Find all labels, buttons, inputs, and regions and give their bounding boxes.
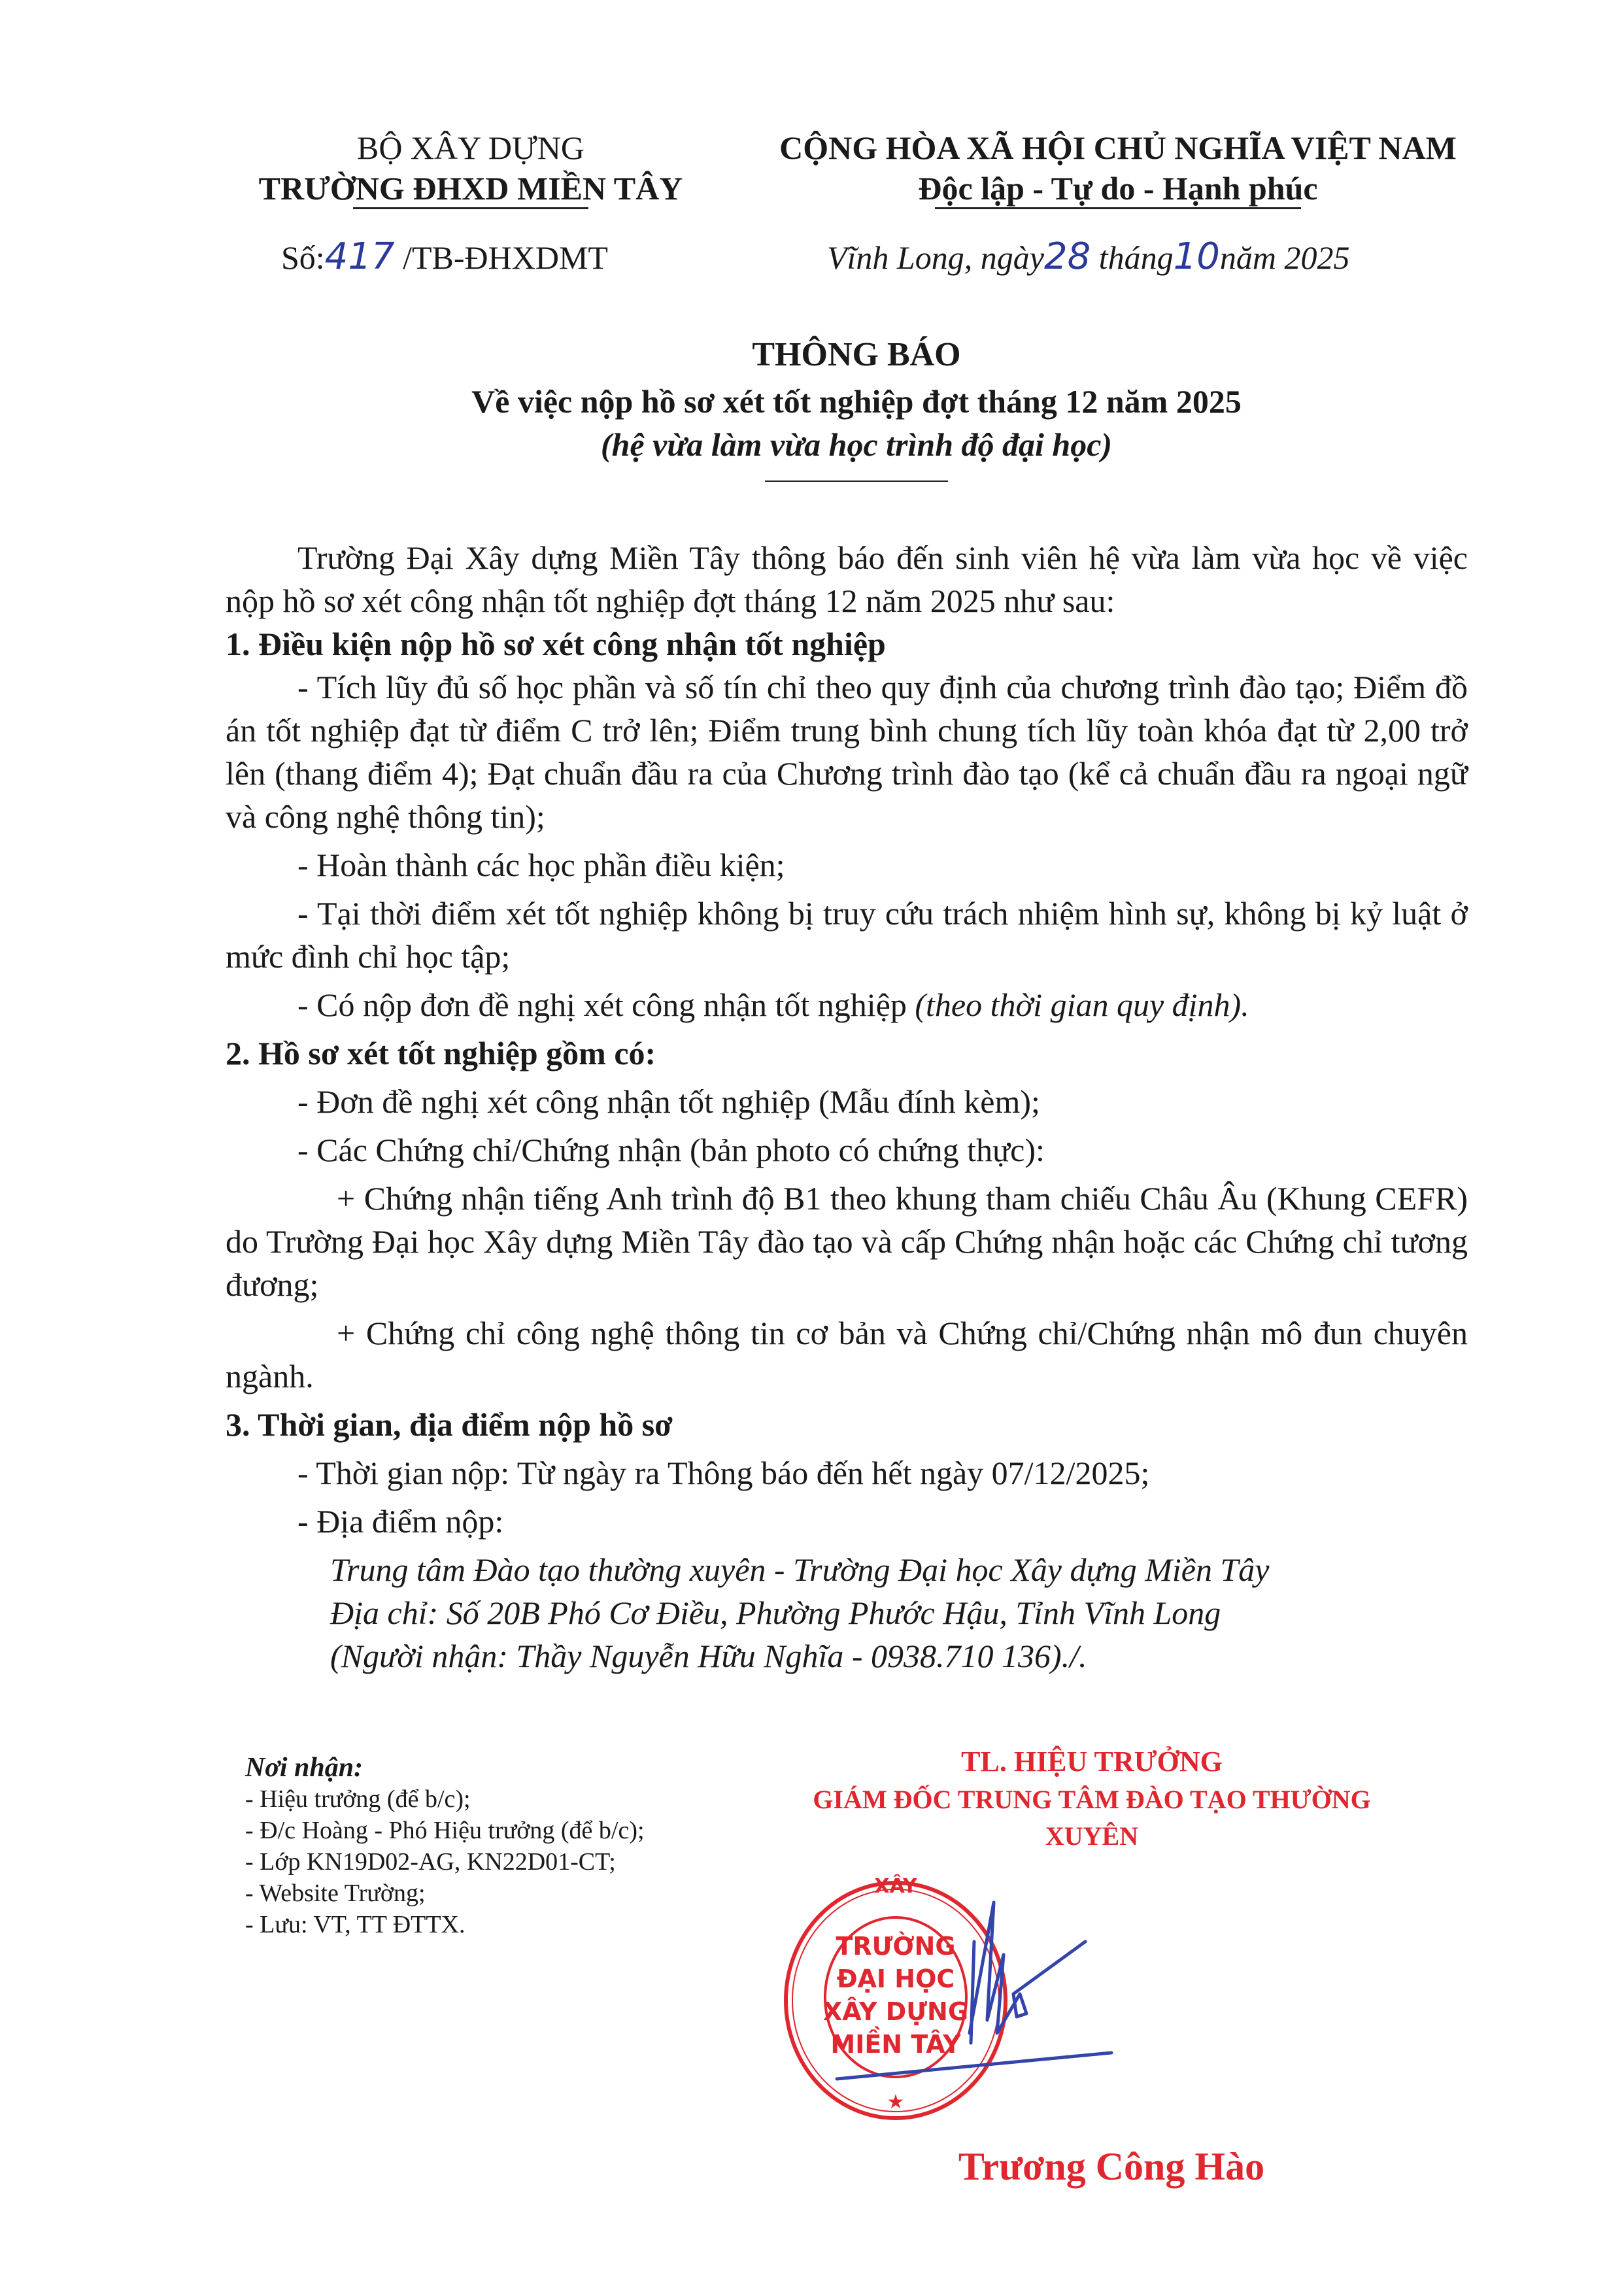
- handwritten-number: 417: [325, 235, 395, 278]
- section-2-heading: 2. Hồ sơ xét tốt nghiệp gồm có:: [226, 1032, 1468, 1075]
- section-1-item: - Tại thời điểm xét tốt nghiệp không bị …: [226, 892, 1468, 978]
- date-place: Vĩnh Long, ngày: [827, 239, 1044, 276]
- handwritten-day: 28: [1044, 235, 1091, 278]
- svg-text:MIỀN TÂY: MIỀN TÂY: [830, 2027, 961, 2059]
- section-1-item: - Có nộp đơn đề nghị xét công nhận tốt n…: [226, 983, 1468, 1026]
- official-stamp: XÂY TRƯỜNG ĐẠI HỌC XÂY DỰNG MIỀN TÂY ★: [778, 1857, 1170, 2157]
- doc-type: THÔNG BÁO: [216, 330, 1497, 380]
- svg-text:XÂY DỰNG: XÂY DỰNG: [823, 1997, 968, 2026]
- recipient-item: - Đ/c Hoàng - Phó Hiệu trưởng (để b/c);: [245, 1815, 645, 1846]
- doc-subject: Về việc nộp hồ sơ xét tốt nghiệp đợt thá…: [216, 380, 1497, 423]
- recipient-item: - Lưu: VT, TT ĐTTX.: [245, 1909, 645, 1940]
- school-name: TRƯỜNG ĐHXD MIỀN TÂY: [216, 168, 726, 209]
- stamp-seal-icon: XÂY TRƯỜNG ĐẠI HỌC XÂY DỰNG MIỀN TÂY ★: [778, 1857, 1170, 2157]
- section-3-heading: 3. Thời gian, địa điểm nộp hồ sơ: [226, 1403, 1468, 1446]
- section-2-subitem: + Chứng nhận tiếng Anh trình độ B1 theo …: [226, 1177, 1468, 1306]
- recipients-block: Nơi nhận: - Hiệu trưởng (để b/c); - Đ/c …: [245, 1752, 645, 1940]
- address-line: Trung tâm Đào tạo thường xuyên - Trường …: [226, 1548, 1468, 1591]
- number-prefix: Số:: [281, 239, 325, 276]
- signer-position: GIÁM ĐỐC TRUNG TÂM ĐÀO TẠO THƯỜNG XUYÊN: [798, 1781, 1386, 1855]
- item-note: (theo thời gian quy định).: [915, 987, 1249, 1023]
- recipients-title: Nơi nhận:: [245, 1752, 645, 1783]
- svg-text:ĐẠI HỌC: ĐẠI HỌC: [837, 1965, 955, 1993]
- number-suffix: /TB-ĐHXDMT: [403, 239, 608, 276]
- recipient-item: - Lớp KN19D02-AG, KN22D01-CT;: [245, 1846, 645, 1878]
- ministry-name: BỘ XÂY DỰNG: [216, 127, 726, 168]
- issuer-block: BỘ XÂY DỰNG TRƯỜNG ĐHXD MIỀN TÂY: [216, 127, 726, 209]
- item-text: - Có nộp đơn đề nghị xét công nhận tốt n…: [297, 987, 907, 1023]
- recipient-item: - Hiệu trưởng (để b/c);: [245, 1783, 645, 1815]
- date-month-label: tháng: [1099, 239, 1174, 276]
- signer-name: Trương Công Hào: [948, 2144, 1275, 2189]
- section-3-item: - Địa điểm nộp:: [226, 1500, 1468, 1543]
- signature-block: TL. HIỆU TRƯỞNG GIÁM ĐỐC TRUNG TÂM ĐÀO T…: [798, 1742, 1386, 1855]
- section-1-item: - Hoàn thành các học phần điều kiện;: [226, 843, 1468, 886]
- section-2-subitem: + Chứng chỉ công nghệ thông tin cơ bản v…: [226, 1311, 1468, 1398]
- stamp-top-text: XÂY: [874, 1874, 917, 1898]
- issue-date: Vĩnh Long, ngày28 tháng10năm 2025: [827, 235, 1349, 278]
- doc-scope: (hệ vừa làm vừa học trình độ đại học): [216, 423, 1497, 466]
- national-header: CỘNG HÒA XÃ HỘI CHỦ NGHĨA VIỆT NAM Độc l…: [726, 127, 1510, 209]
- section-1-heading: 1. Điều kiện nộp hồ sơ xét công nhận tốt…: [226, 622, 1468, 666]
- svg-text:TRƯỜNG: TRƯỜNG: [836, 1932, 955, 1961]
- date-year: năm 2025: [1220, 239, 1350, 276]
- section-3-item: - Thời gian nộp: Từ ngày ra Thông báo đế…: [226, 1451, 1468, 1494]
- national-motto: Độc lập - Tự do - Hạnh phúc: [726, 168, 1510, 209]
- address-line: Địa chỉ: Số 20B Phó Cơ Điều, Phường Phướ…: [226, 1591, 1468, 1634]
- recipient-item: - Website Trường;: [245, 1878, 645, 1909]
- document-body: Trường Đại Xây dựng Miền Tây thông báo đ…: [226, 536, 1468, 1678]
- address-line: (Người nhận: Thầy Nguyễn Hữu Nghĩa - 093…: [226, 1634, 1468, 1678]
- section-1-item: - Tích lũy đủ số học phần và số tín chỉ …: [226, 666, 1468, 838]
- signing-authority: TL. HIỆU TRƯỞNG: [798, 1742, 1386, 1781]
- title-divider: [765, 481, 948, 482]
- section-2-item: - Các Chứng chỉ/Chứng nhận (bản photo có…: [226, 1128, 1468, 1172]
- republic-name: CỘNG HÒA XÃ HỘI CHỦ NGHĨA VIỆT NAM: [726, 127, 1510, 168]
- document-number: Số:417 /TB-ĐHXDMT: [281, 235, 608, 278]
- handwritten-month: 10: [1174, 235, 1220, 278]
- section-2-item: - Đơn đề nghị xét công nhận tốt nghiệp (…: [226, 1080, 1468, 1123]
- svg-text:★: ★: [887, 2091, 905, 2114]
- document-title: THÔNG BÁO Về việc nộp hồ sơ xét tốt nghi…: [216, 330, 1497, 482]
- intro-paragraph: Trường Đại Xây dựng Miền Tây thông báo đ…: [226, 536, 1468, 622]
